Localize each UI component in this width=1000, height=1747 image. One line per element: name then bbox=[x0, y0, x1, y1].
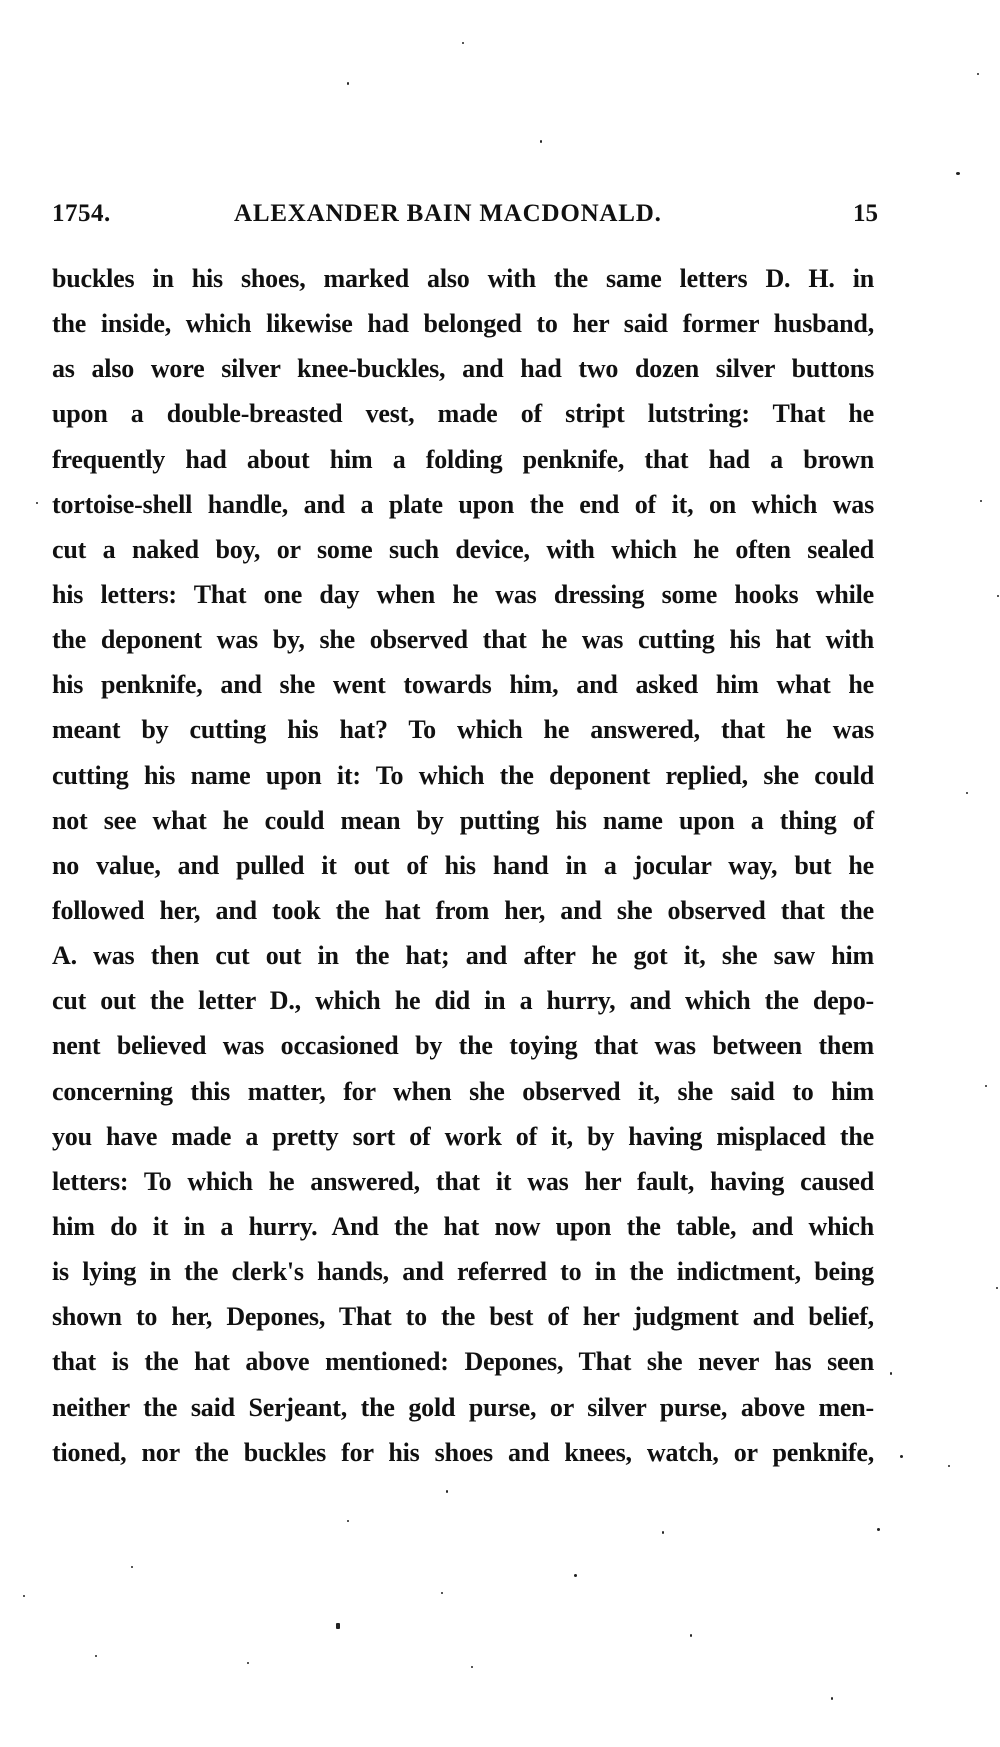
text-line: him do it in a hurry. And the hat now up… bbox=[52, 1204, 874, 1249]
scan-speck bbox=[540, 140, 542, 143]
scan-speck bbox=[877, 1528, 880, 1531]
scan-speck bbox=[574, 1574, 577, 1577]
text-line: neither the said Serjeant, the gold purs… bbox=[52, 1385, 874, 1430]
text-line: concerning this matter, for when she obs… bbox=[52, 1069, 874, 1114]
text-line: cut a naked boy, or some such device, wi… bbox=[52, 527, 874, 572]
running-head: 1754. ALEXANDER BAIN MACDONALD. 15 bbox=[52, 196, 878, 232]
book-page: 1754. ALEXANDER BAIN MACDONALD. 15 buckl… bbox=[0, 0, 1000, 1747]
scan-speck bbox=[996, 1287, 998, 1289]
scan-speck bbox=[36, 502, 38, 504]
scan-speck bbox=[471, 1666, 473, 1668]
text-line: frequently had about him a folding penkn… bbox=[52, 437, 874, 482]
page-number: 15 bbox=[853, 196, 878, 232]
text-line: shown to her, Depones, That to the best … bbox=[52, 1294, 874, 1339]
scan-speck bbox=[441, 1592, 443, 1594]
scan-speck bbox=[462, 42, 464, 44]
text-line: followed her, and took the hat from her,… bbox=[52, 888, 874, 933]
text-line: is lying in the clerk's hands, and refer… bbox=[52, 1249, 874, 1294]
text-line: buckles in his shoes, marked also with t… bbox=[52, 256, 874, 301]
text-line: as also wore silver knee-buckles, and ha… bbox=[52, 346, 874, 391]
text-line: upon a double-breasted vest, made of str… bbox=[52, 391, 874, 436]
scan-speck bbox=[985, 1085, 987, 1087]
text-line: his penknife, and she went towards him, … bbox=[52, 662, 874, 707]
text-line: cut out the letter D., which he did in a… bbox=[52, 978, 874, 1023]
scan-speck bbox=[347, 82, 349, 85]
scan-speck bbox=[336, 1623, 340, 1629]
text-line: tioned, nor the buckles for his shoes an… bbox=[52, 1430, 874, 1475]
scan-speck bbox=[890, 1372, 892, 1375]
text-line: meant by cutting his hat? To which he an… bbox=[52, 707, 874, 752]
text-line: the inside, which likewise had belonged … bbox=[52, 301, 874, 346]
scan-speck bbox=[900, 1455, 903, 1458]
running-head-title: ALEXANDER BAIN MACDONALD. bbox=[234, 196, 662, 232]
scan-speck bbox=[662, 1531, 664, 1534]
text-line: cutting his name upon it: To which the d… bbox=[52, 753, 874, 798]
scan-speck bbox=[956, 172, 960, 175]
scan-speck bbox=[446, 1490, 448, 1493]
scan-speck bbox=[997, 595, 999, 597]
text-line: the deponent was by, she observed that h… bbox=[52, 617, 874, 662]
text-line: letters: To which he answered, that it w… bbox=[52, 1159, 874, 1204]
text-line: nent believed was occasioned by the toyi… bbox=[52, 1023, 874, 1068]
scan-speck bbox=[966, 792, 968, 794]
scan-speck bbox=[131, 1566, 133, 1568]
scan-speck bbox=[95, 1655, 97, 1657]
scan-speck bbox=[347, 1520, 349, 1522]
running-head-year: 1754. bbox=[52, 196, 111, 232]
text-line: his letters: That one day when he was dr… bbox=[52, 572, 874, 617]
text-line: A. was then cut out in the hat; and afte… bbox=[52, 933, 874, 978]
scan-speck bbox=[690, 1634, 692, 1637]
scan-speck bbox=[980, 500, 982, 502]
text-line: tortoise-shell handle, and a plate upon … bbox=[52, 482, 874, 527]
body-text: buckles in his shoes, marked also with t… bbox=[52, 256, 874, 1475]
scan-speck bbox=[948, 1465, 950, 1467]
text-line: not see what he could mean by putting hi… bbox=[52, 798, 874, 843]
scan-speck bbox=[977, 73, 979, 75]
scan-speck bbox=[831, 1697, 833, 1700]
scan-speck bbox=[23, 1595, 25, 1597]
text-line: no value, and pulled it out of his hand … bbox=[52, 843, 874, 888]
scan-speck bbox=[247, 1662, 249, 1664]
text-line: that is the hat above mentioned: Depones… bbox=[52, 1339, 874, 1384]
text-line: you have made a pretty sort of work of i… bbox=[52, 1114, 874, 1159]
